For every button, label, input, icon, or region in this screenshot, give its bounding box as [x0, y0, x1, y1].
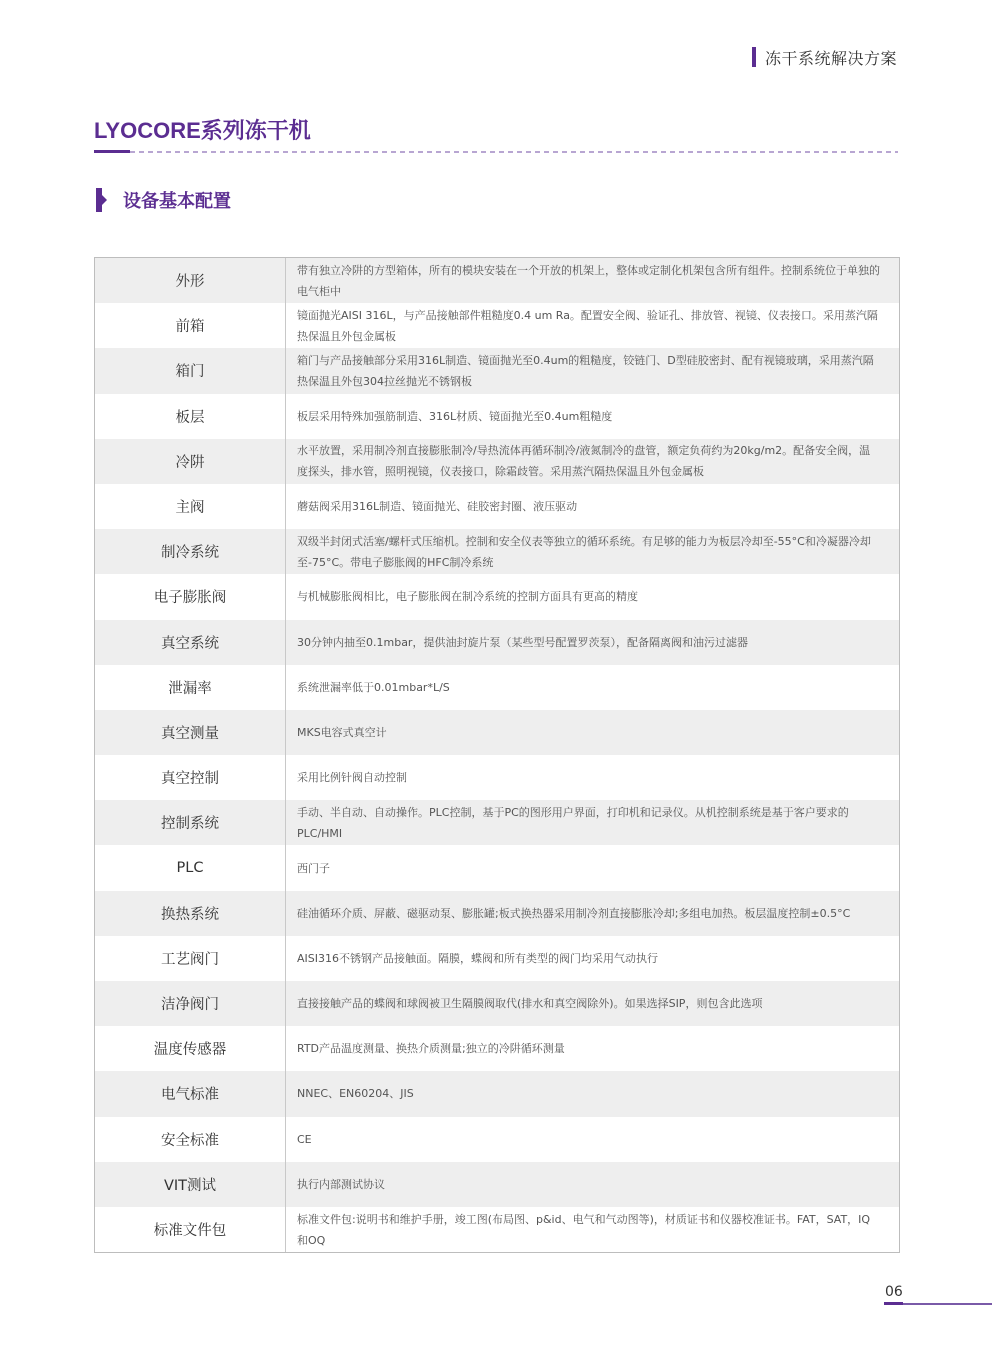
table-row: 标准文件包标准文件包:说明书和维护手册，竣工图(布局图、p&id、电气和气动图等…: [95, 1207, 899, 1252]
title-divider: [94, 150, 898, 153]
spec-key: VIT测试: [95, 1162, 286, 1207]
spec-value: 水平放置，采用制冷剂直接膨胀制冷/导热流体再循环制冷/液氮制冷的盘管，额定负荷约…: [286, 439, 899, 484]
table-row: 电气标准NNEC、EN60204、JIS: [95, 1071, 899, 1116]
table-row: 控制系统手动、半自动、自动操作。PLC控制，基于PC的图形用户界面，打印机和记录…: [95, 800, 899, 845]
table-row: VIT测试执行内部测试协议: [95, 1162, 899, 1207]
spec-key: 标准文件包: [95, 1207, 286, 1252]
section-heading-label: 设备基本配置: [123, 187, 231, 213]
spec-key: 制冷系统: [95, 529, 286, 574]
title-divider-solid: [94, 150, 130, 153]
spec-key: 外形: [95, 258, 286, 303]
section-heading: 设备基本配置: [96, 187, 231, 213]
table-row: 安全标准CE: [95, 1117, 899, 1162]
spec-key: 工艺阀门: [95, 936, 286, 981]
spec-value: 与机械膨胀阀相比，电子膨胀阀在制冷系统的控制方面具有更高的精度: [286, 574, 899, 619]
spec-key: 真空控制: [95, 755, 286, 800]
spec-value: 系统泄漏率低于0.01mbar*L/S: [286, 665, 899, 710]
spec-key: 箱门: [95, 348, 286, 393]
table-row: 温度传感器RTD产品温度测量、换热介质测量;独立的冷阱循环测量: [95, 1026, 899, 1071]
spec-value: 板层采用特殊加强筋制造、316L材质、镜面抛光至0.4um粗糙度: [286, 394, 899, 439]
spec-key: 板层: [95, 394, 286, 439]
spec-value: 西门子: [286, 845, 899, 890]
spec-value: 硅油循环介质、屏蔽、磁驱动泵、膨胀罐;板式换热器采用制冷剂直接膨胀冷却;多组电加…: [286, 891, 899, 936]
spec-key: 换热系统: [95, 891, 286, 936]
spec-value: 双级半封闭式活塞/螺杆式压缩机。控制和安全仪表等独立的循环系统。有足够的能力为板…: [286, 529, 899, 574]
spec-value: 执行内部测试协议: [286, 1162, 899, 1207]
spec-key: 真空系统: [95, 620, 286, 665]
spec-key: 前箱: [95, 303, 286, 348]
spec-key: 电气标准: [95, 1071, 286, 1116]
spec-value: NNEC、EN60204、JIS: [286, 1071, 899, 1116]
table-row: 前箱镜面抛光AISI 316L，与产品接触部件粗糙度0.4 um Ra。配置安全…: [95, 303, 899, 348]
spec-key: 泄漏率: [95, 665, 286, 710]
page-number-rule-accent: [884, 1302, 903, 1305]
table-row: 电子膨胀阀与机械膨胀阀相比，电子膨胀阀在制冷系统的控制方面具有更高的精度: [95, 574, 899, 619]
table-row: 真空控制采用比例针阀自动控制: [95, 755, 899, 800]
heading-marker-icon: [96, 188, 106, 212]
section-tag-label: 冻干系统解决方案: [765, 46, 897, 69]
spec-value: 采用比例针阀自动控制: [286, 755, 899, 800]
spec-key: 洁净阀门: [95, 981, 286, 1026]
spec-value: 手动、半自动、自动操作。PLC控制，基于PC的图形用户界面，打印机和记录仪。从机…: [286, 800, 899, 845]
table-row: 板层板层采用特殊加强筋制造、316L材质、镜面抛光至0.4um粗糙度: [95, 394, 899, 439]
spec-value: 蘑菇阀采用316L制造、镜面抛光、硅胶密封圈、液压驱动: [286, 484, 899, 529]
table-row: 外形带有独立冷阱的方型箱体，所有的模块安装在一个开放的机架上，整体或定制化机架包…: [95, 258, 899, 303]
table-row: 真空系统30分钟内抽至0.1mbar，提供油封旋片泵（某些型号配置罗茨泵），配备…: [95, 620, 899, 665]
spec-key: 温度传感器: [95, 1026, 286, 1071]
spec-key: 安全标准: [95, 1117, 286, 1162]
spec-key: 控制系统: [95, 800, 286, 845]
spec-value: RTD产品温度测量、换热介质测量;独立的冷阱循环测量: [286, 1026, 899, 1071]
spec-key: 冷阱: [95, 439, 286, 484]
spec-value: 箱门与产品接触部分采用316L制造、镜面抛光至0.4um的粗糙度，铰链门、D型硅…: [286, 348, 899, 393]
table-row: PLC西门子: [95, 845, 899, 890]
table-row: 主阀蘑菇阀采用316L制造、镜面抛光、硅胶密封圈、液压驱动: [95, 484, 899, 529]
spec-value: 直接接触产品的蝶阀和球阀被卫生隔膜阀取代(排水和真空阀除外)。如果选择SIP，则…: [286, 981, 899, 1026]
table-row: 冷阱水平放置，采用制冷剂直接膨胀制冷/导热流体再循环制冷/液氮制冷的盘管，额定负…: [95, 439, 899, 484]
table-row: 真空测量MKS电容式真空计: [95, 710, 899, 755]
page-number: 06: [885, 1284, 903, 1300]
spec-value: AISI316不锈钢产品接触面。隔膜，蝶阀和所有类型的阀门均采用气动执行: [286, 936, 899, 981]
title-divider-dashed: [130, 151, 898, 153]
spec-key: PLC: [95, 845, 286, 890]
table-row: 洁净阀门直接接触产品的蝶阀和球阀被卫生隔膜阀取代(排水和真空阀除外)。如果选择S…: [95, 981, 899, 1026]
table-row: 工艺阀门AISI316不锈钢产品接触面。隔膜，蝶阀和所有类型的阀门均采用气动执行: [95, 936, 899, 981]
page-title: LYOCORE系列冻干机: [94, 114, 311, 145]
table-row: 箱门箱门与产品接触部分采用316L制造、镜面抛光至0.4um的粗糙度，铰链门、D…: [95, 348, 899, 393]
section-tag: 冻干系统解决方案: [752, 46, 897, 68]
table-row: 制冷系统双级半封闭式活塞/螺杆式压缩机。控制和安全仪表等独立的循环系统。有足够的…: [95, 529, 899, 574]
spec-value: CE: [286, 1117, 899, 1162]
spec-value: MKS电容式真空计: [286, 710, 899, 755]
spec-value: 镜面抛光AISI 316L，与产品接触部件粗糙度0.4 um Ra。配置安全阀、…: [286, 303, 899, 348]
page-number-rule: [884, 1303, 992, 1305]
spec-value: 带有独立冷阱的方型箱体，所有的模块安装在一个开放的机架上，整体或定制化机架包含所…: [286, 258, 899, 303]
spec-key: 真空测量: [95, 710, 286, 755]
spec-key: 主阀: [95, 484, 286, 529]
table-row: 泄漏率系统泄漏率低于0.01mbar*L/S: [95, 665, 899, 710]
spec-value: 标准文件包:说明书和维护手册，竣工图(布局图、p&id、电气和气动图等)，材质证…: [286, 1207, 899, 1252]
spec-value: 30分钟内抽至0.1mbar，提供油封旋片泵（某些型号配置罗茨泵），配备隔离阀和…: [286, 620, 899, 665]
spec-table: 外形带有独立冷阱的方型箱体，所有的模块安装在一个开放的机架上，整体或定制化机架包…: [94, 257, 900, 1253]
table-row: 换热系统硅油循环介质、屏蔽、磁驱动泵、膨胀罐;板式换热器采用制冷剂直接膨胀冷却;…: [95, 891, 899, 936]
spec-key: 电子膨胀阀: [95, 574, 286, 619]
tag-bar-icon: [752, 47, 756, 67]
